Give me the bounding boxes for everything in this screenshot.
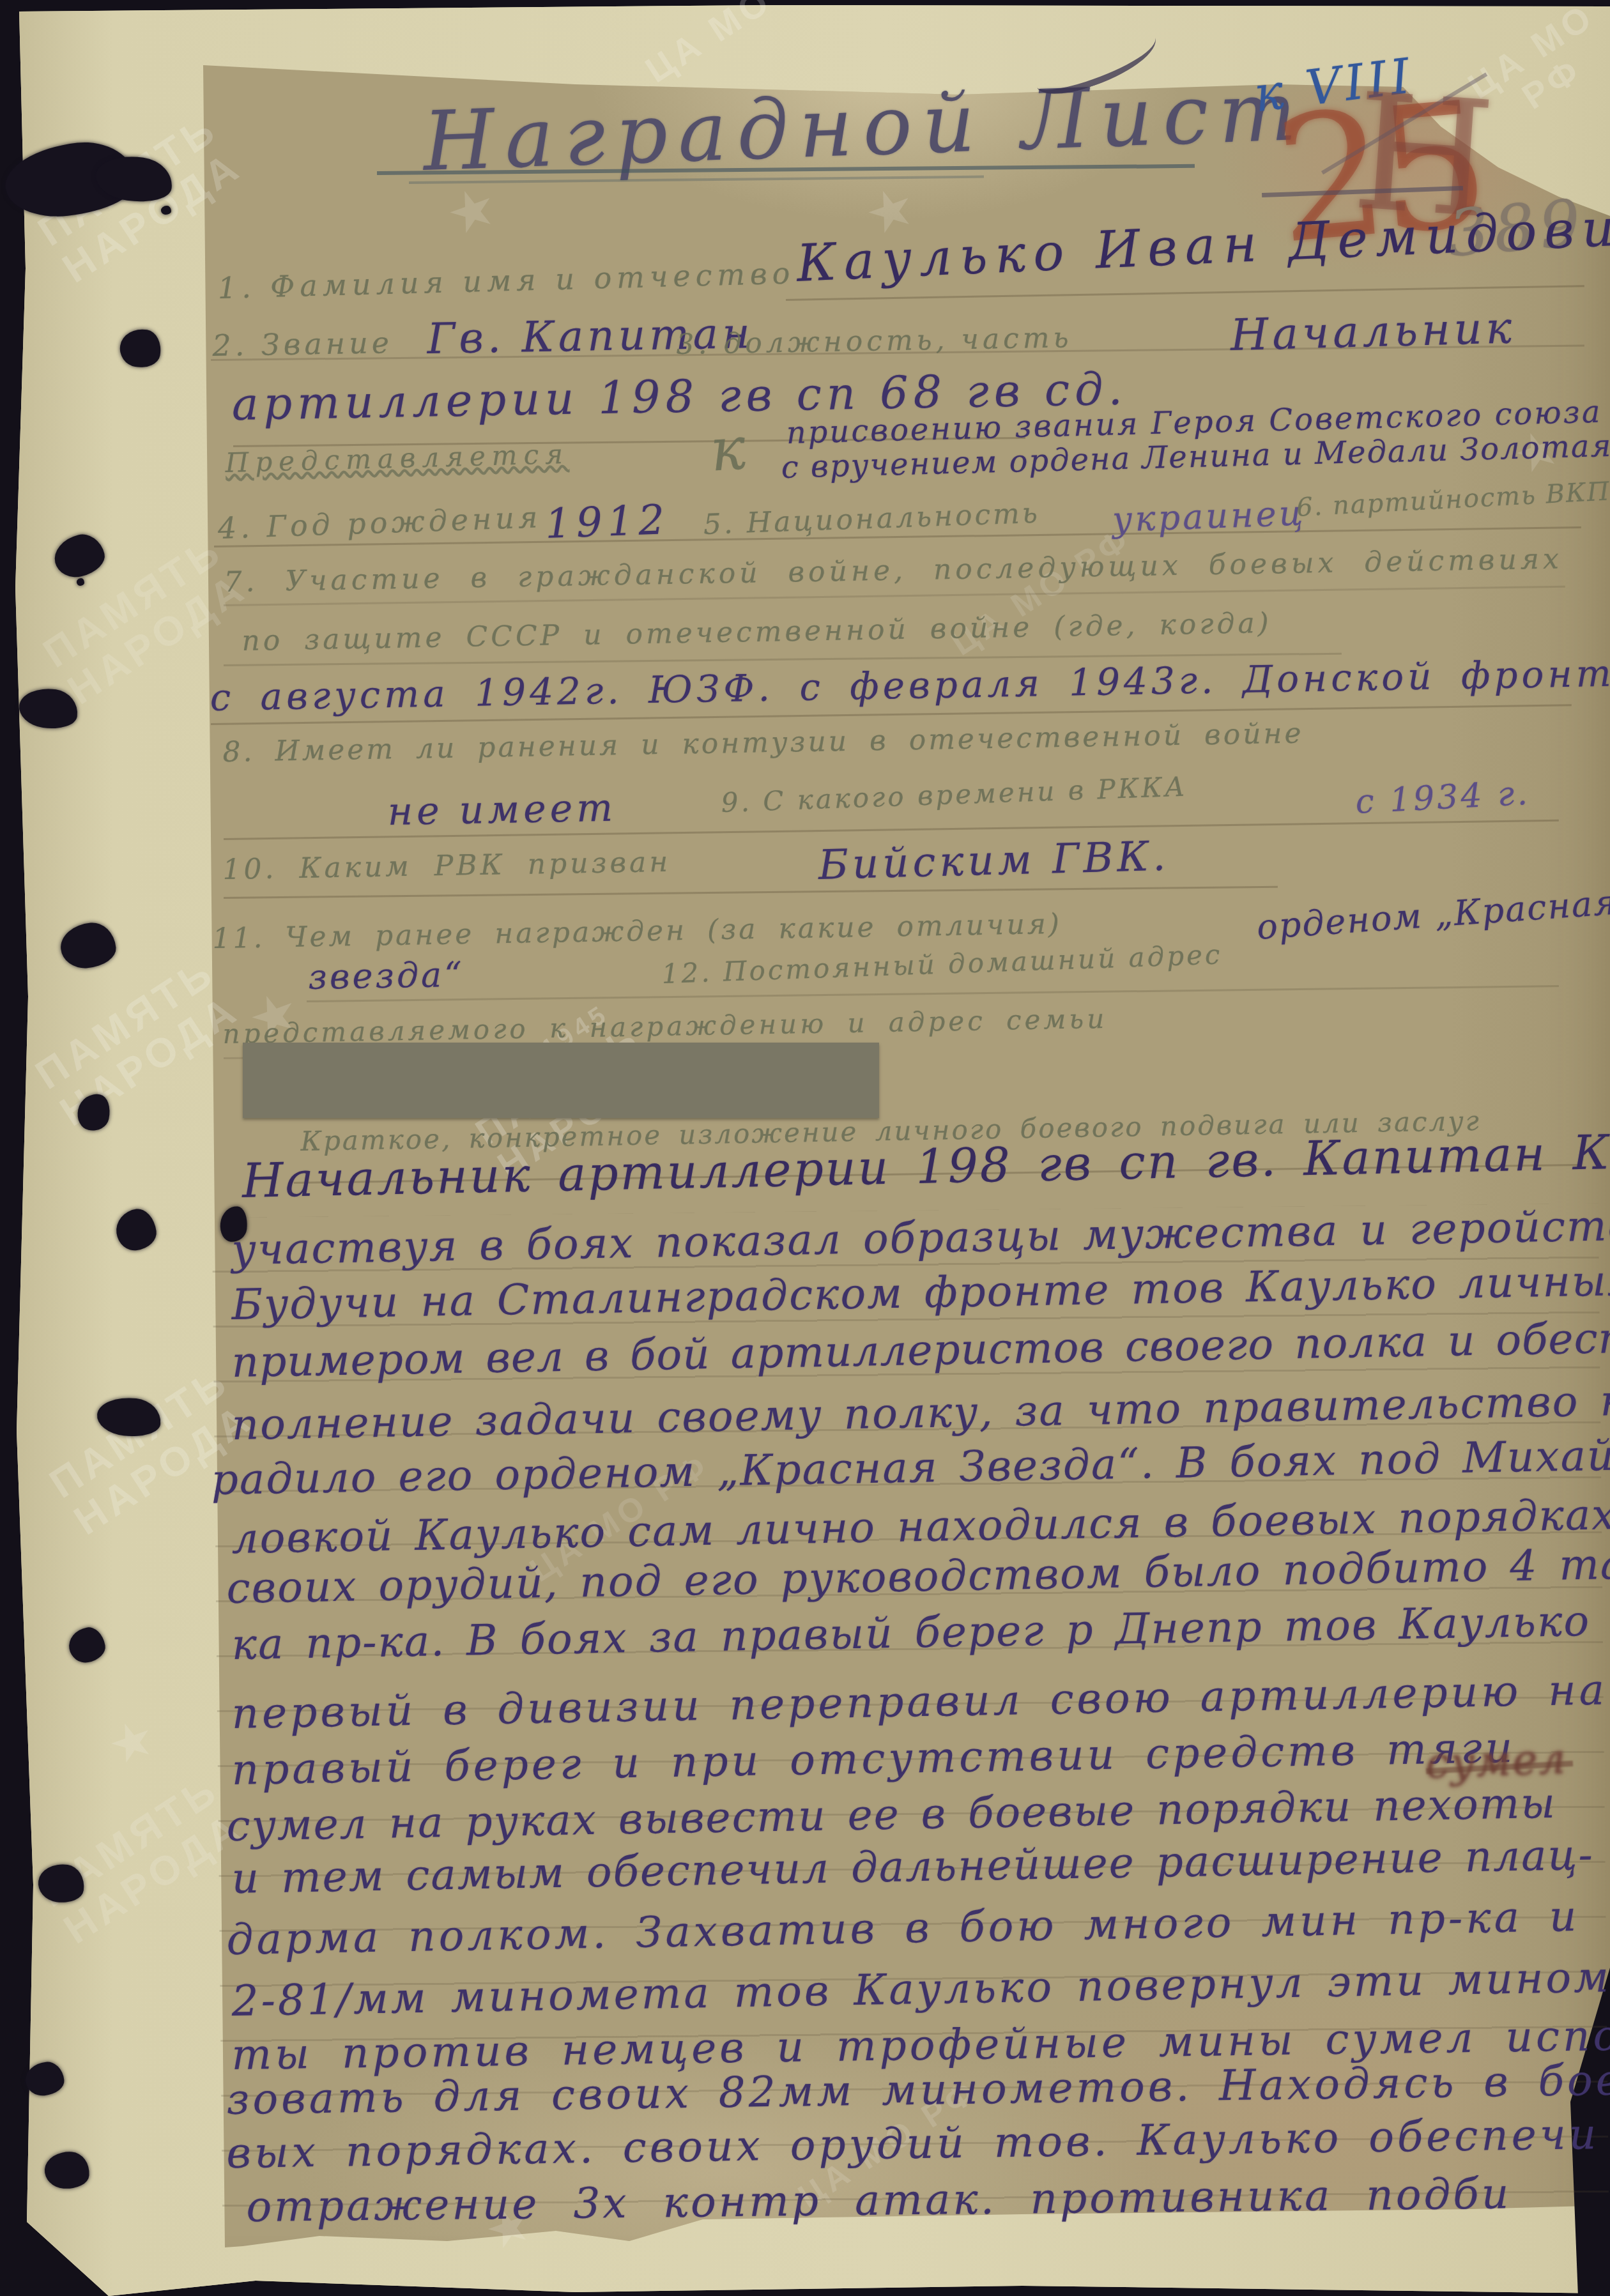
field-8-value: не имеет xyxy=(387,786,617,834)
field-4-value: 1912 xyxy=(544,496,670,548)
redaction-block xyxy=(243,1043,879,1118)
field-3-value: Начальник xyxy=(1230,303,1516,361)
scanned-award-sheet: ПАМЯТЬ НАРОДА ПАМЯТЬ НАРОДА ПАМЯТЬ НАРОД… xyxy=(0,0,1610,2296)
field-3-label: 3. должность, часть xyxy=(676,321,1073,361)
presented-for-k: к xyxy=(708,414,747,485)
field-10-value: Бийским ГВК. xyxy=(818,833,1170,889)
field-5-value: украинец xyxy=(1112,493,1306,540)
field-11-value-line-2: звезда“ xyxy=(308,954,464,997)
paper-speck xyxy=(161,206,171,215)
field-2-label: 2. Звание xyxy=(212,325,393,363)
paper-speck xyxy=(77,578,84,586)
